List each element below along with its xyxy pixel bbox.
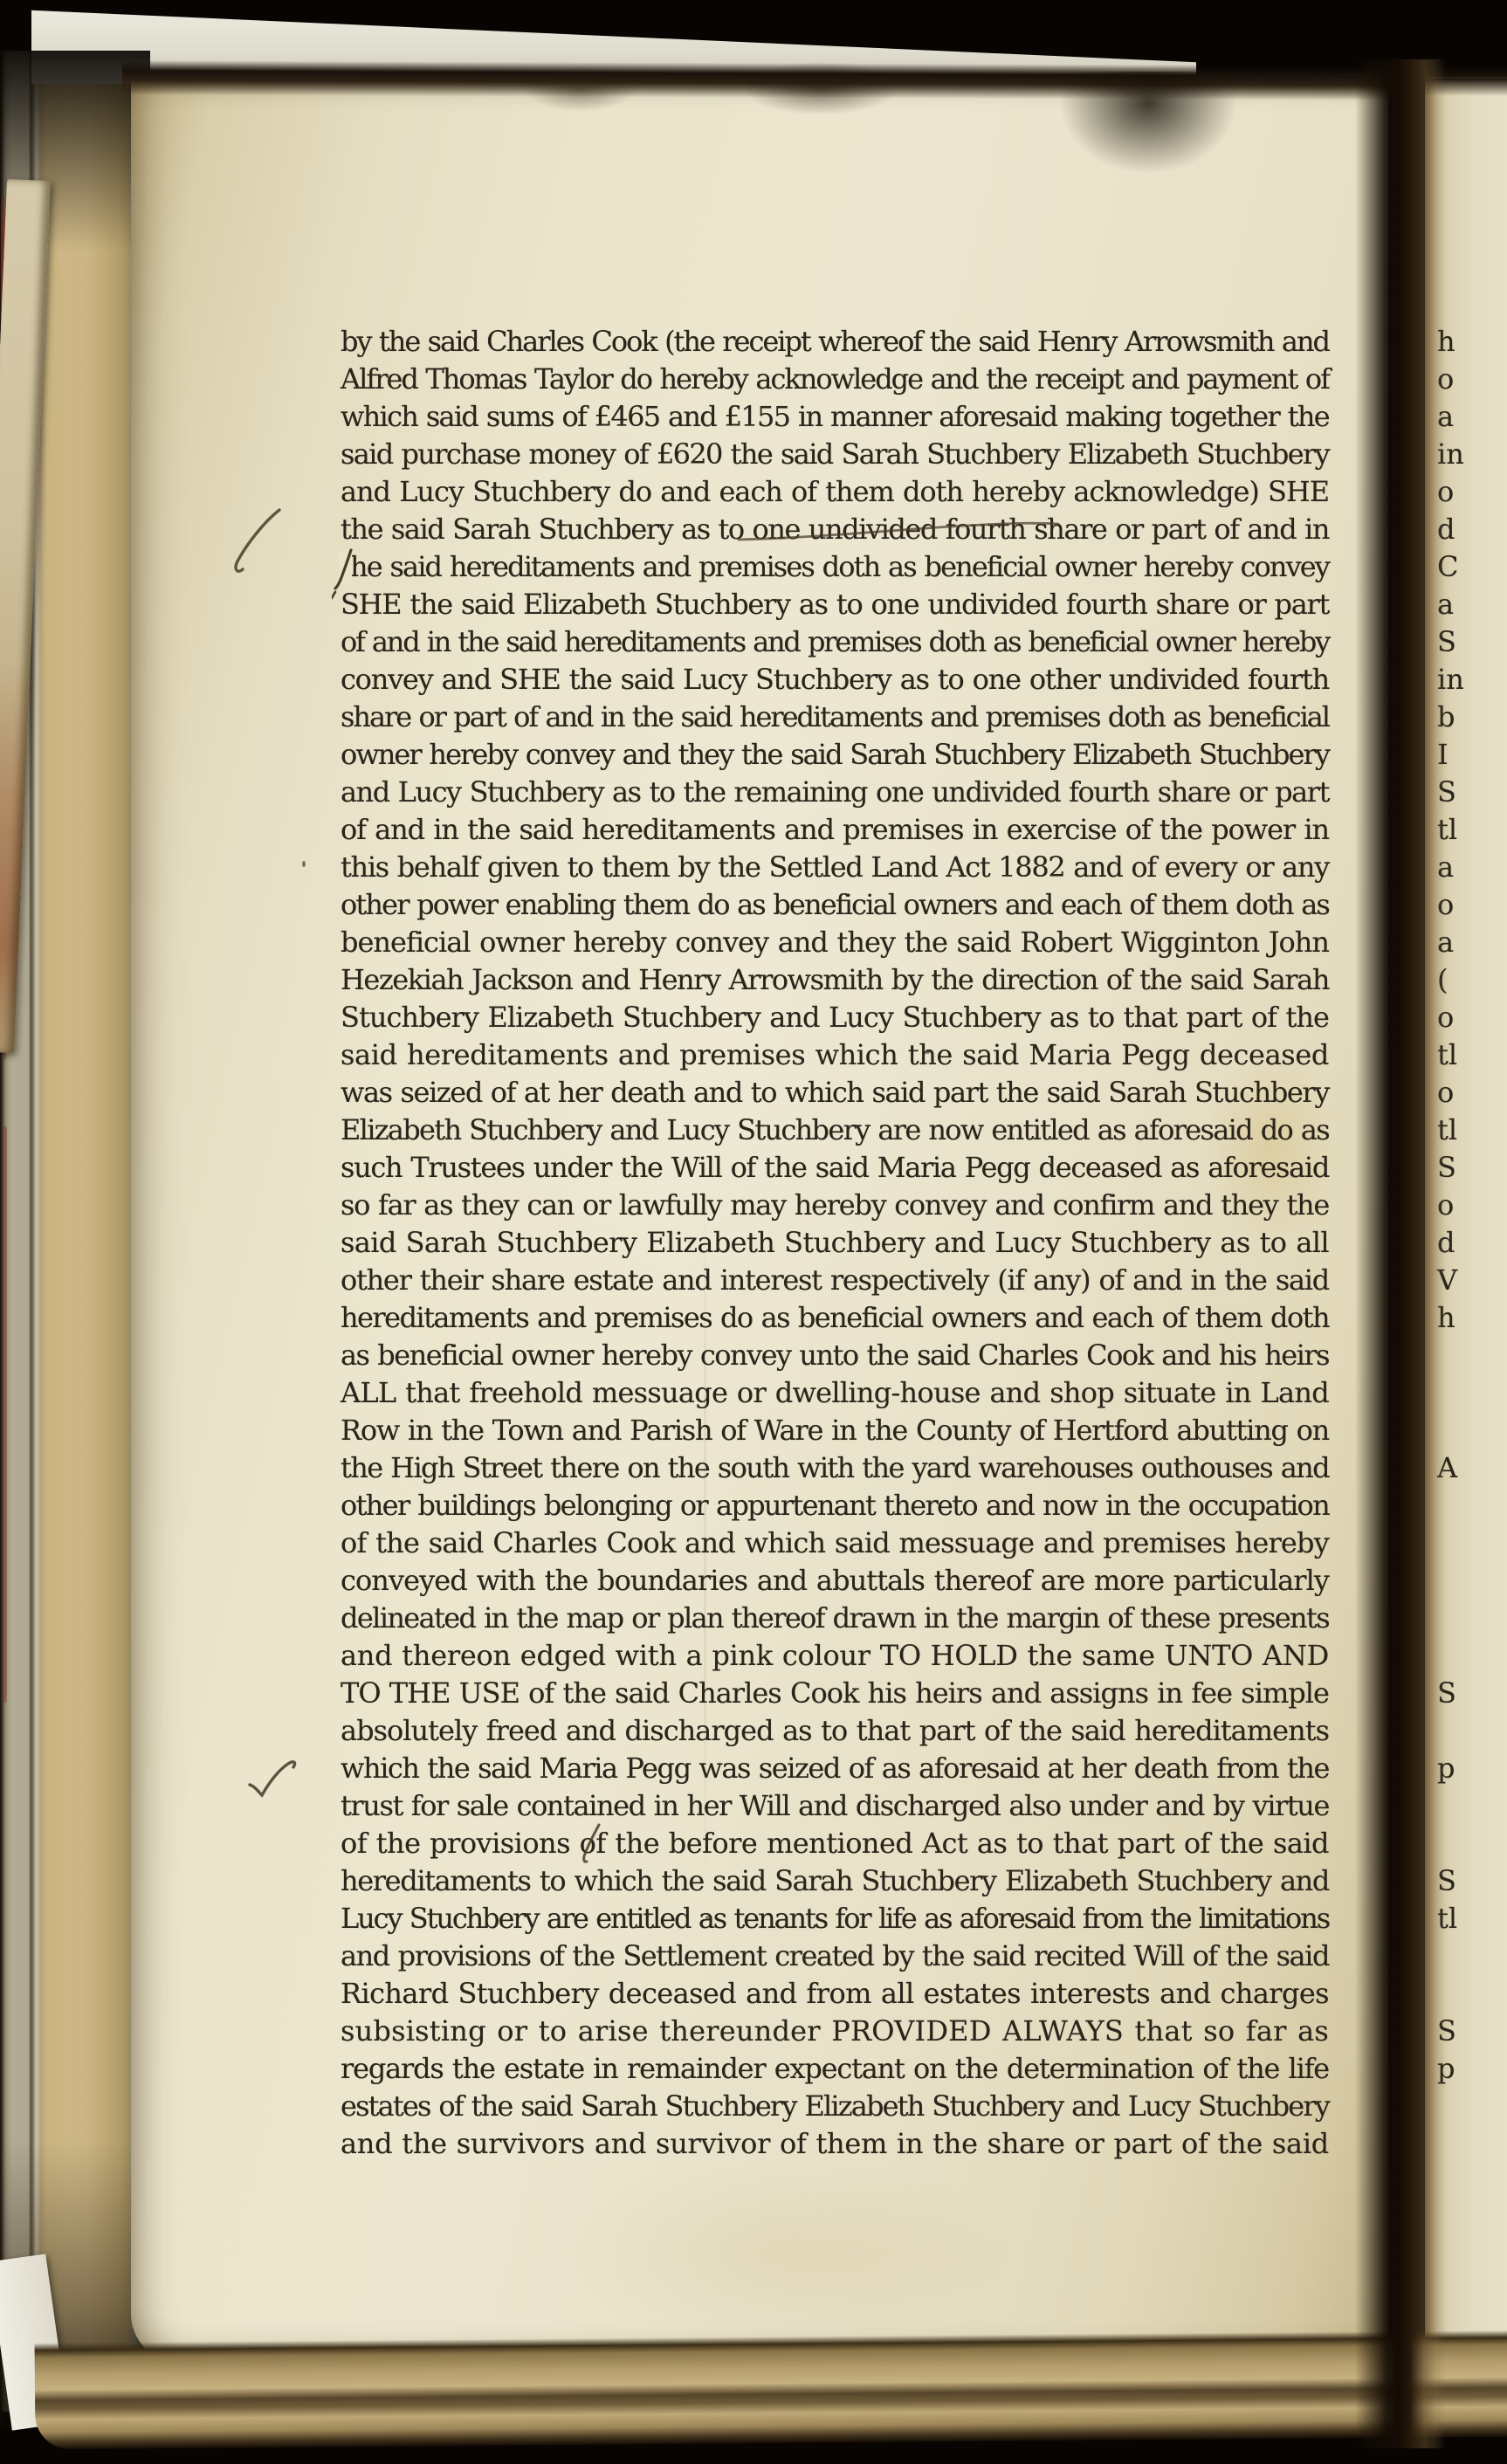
deed-text-line: Elizabeth Stuchbery and Lucy Stuchbery a…: [341, 1112, 1329, 1149]
deed-text-line: said purchase money of £620 the said Sar…: [341, 436, 1329, 473]
deed-text-line: conveyed with the boundaries and abuttal…: [341, 1562, 1329, 1600]
deed-text-line: hereditaments to which the said Sarah St…: [341, 1862, 1329, 1900]
deed-text-line: of and in the said hereditaments and pre…: [341, 623, 1329, 661]
deed-text-line: as beneficial owner hereby convey unto t…: [341, 1337, 1329, 1374]
deed-text-line: which the said Maria Pegg was seized of …: [341, 1750, 1329, 1787]
page-top-edge: [122, 60, 1402, 100]
deed-text-line: Alfred Thomas Taylor do hereby acknowled…: [341, 361, 1329, 398]
deed-text-line: and the survivors and survivor of them i…: [341, 2125, 1329, 2163]
page-gutter-shadow: [1355, 59, 1446, 2448]
deed-text-line: of the said Charles Cook and which said …: [341, 1525, 1329, 1562]
inserted-s-mark: [578, 1821, 606, 1867]
deed-text-line: said Sarah Stuchbery Elizabeth Stuchbery…: [341, 1224, 1329, 1262]
deed-text-line: other power enabling them do as benefici…: [341, 886, 1329, 924]
deed-text-line: Richard Stuchbery deceased and from all …: [341, 1975, 1329, 2013]
deed-text-line: convey and SHE the said Lucy Stuchbery a…: [341, 661, 1329, 699]
deed-text-line: TO THE USE of the said Charles Cook his …: [341, 1675, 1329, 1712]
deed-text-line: other their share estate and interest re…: [341, 1262, 1329, 1299]
deed-text-line: this behalf given to them by the Settled…: [341, 849, 1329, 886]
deed-text-line: other buildings belonging or appurtenant…: [341, 1487, 1329, 1525]
deed-text-line: estates of the said Sarah Stuchbery Eliz…: [341, 2088, 1329, 2125]
deed-text-line: regards the estate in remainder expectan…: [341, 2050, 1329, 2088]
deed-text-line: absolutely freed and discharged as to th…: [341, 1712, 1329, 1750]
deed-text-line: was seized of at her death and to which …: [341, 1074, 1329, 1112]
deed-text-line: so far as they can or lawfully may hereb…: [341, 1187, 1329, 1224]
deed-text-line: and thereon edged with a pink colour TO …: [341, 1637, 1329, 1675]
deed-text-line: the said hereditaments and premises doth…: [341, 548, 1329, 586]
ink-strike-mark: [733, 517, 1065, 552]
deed-text-line: Stuchbery Elizabeth Stuchbery and Lucy S…: [341, 999, 1329, 1036]
deed-text-line: beneficial owner hereby convey and they …: [341, 924, 1329, 961]
margin-tick-top: [232, 505, 295, 578]
deed-text-line: and provisions of the Settlement created…: [341, 1937, 1329, 1975]
deed-text-line: hereditaments and premises do as benefic…: [341, 1299, 1329, 1337]
deed-text-line: and Lucy Stuchbery as to the remaining o…: [341, 774, 1329, 811]
deed-text: by the said Charles Cook (the receipt wh…: [341, 323, 1329, 2163]
deed-text-line: the High Street there on the south with …: [341, 1449, 1329, 1487]
deed-text-line: such Trustees under the Will of the said…: [341, 1149, 1329, 1187]
handwritten-t-mark: [332, 547, 358, 601]
red-cover-edge-lower: [3, 1126, 7, 1703]
deed-text-line: and Lucy Stuchbery do and each of them d…: [341, 473, 1329, 511]
deed-text-line: share or part of and in the said heredit…: [341, 699, 1329, 736]
bottom-page-edges: [35, 2330, 1507, 2450]
deed-text-line: Hezekiah Jackson and Henry Arrowsmith by…: [341, 961, 1329, 999]
page-stain: [559, 2157, 1013, 2349]
deed-text-line: delineated in the map or plan thereof dr…: [341, 1600, 1329, 1637]
deed-text-line: which said sums of £465 and £155 in mann…: [341, 398, 1329, 436]
ink-speck: [302, 861, 306, 867]
deed-text-line: said hereditaments and premises which th…: [341, 1036, 1329, 1074]
deed-text-line: by the said Charles Cook (the receipt wh…: [341, 323, 1329, 361]
margin-tick-bottom: [246, 1755, 304, 1813]
deed-text-line: of and in the said hereditaments and pre…: [341, 811, 1329, 849]
deed-text-line: ALL that freehold messuage or dwelling-h…: [341, 1374, 1329, 1412]
deed-text-line: Lucy Stuchbery are entitled as tenants f…: [341, 1900, 1329, 1937]
deed-text-line: SHE the said Elizabeth Stuchbery as to o…: [341, 586, 1329, 623]
deed-text-line: owner hereby convey and they the said Sa…: [341, 736, 1329, 774]
book-spread: by the said Charles Cook (the receipt wh…: [0, 0, 1507, 2464]
deed-text-line: trust for sale contained in her Will and…: [341, 1787, 1329, 1825]
deed-text-line: of the provisions of the before mentione…: [341, 1825, 1329, 1862]
deed-text-line: Row in the Town and Parish of Ware in th…: [341, 1412, 1329, 1449]
deed-text-line: subsisting or to arise thereunder PROVID…: [341, 2013, 1329, 2050]
